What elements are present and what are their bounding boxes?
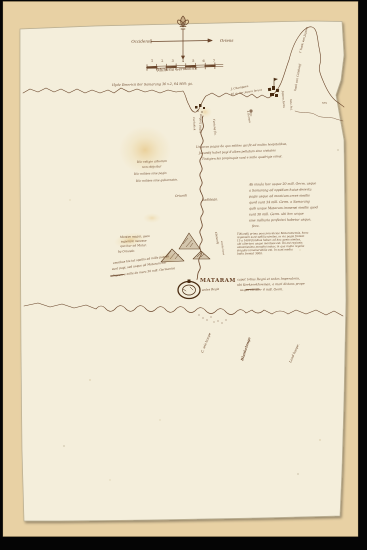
- compass-west-label: Occidens: [131, 39, 150, 44]
- right-paragraph-2-line: India frontat 3000.: [236, 251, 263, 255]
- photograph-of-manuscript-map: OccidensOriens1 2 3 4 5 6 7Milliaria Ger…: [0, 0, 367, 550]
- road-station-label: Ongarij pagus: [199, 114, 203, 134]
- speck: [338, 150, 339, 151]
- speck: [64, 446, 65, 447]
- speck: [70, 200, 71, 201]
- map-label: Oriundi: [175, 193, 187, 198]
- speck: [160, 420, 161, 421]
- mataram-paragraph-line: usque circiter 4 mill. Germ.: [240, 287, 283, 292]
- left-note-line: non obijcitur: [142, 164, 162, 169]
- right-paragraph-1-line: fera.: [251, 224, 260, 228]
- road-station-label: Sine Pol.: [289, 99, 293, 111]
- mountains-note-line: by Oriundo: [118, 249, 135, 254]
- soundings-label: 575: [322, 101, 327, 105]
- speck: [89, 379, 90, 380]
- speck: [319, 439, 320, 440]
- compass-east-label: Oriens: [220, 38, 234, 43]
- paper-sheet: [20, 21, 346, 521]
- road-station-label: Cacholick: [192, 117, 197, 131]
- stain: [143, 213, 161, 223]
- citadel-mark: [188, 280, 191, 284]
- map-canvas: OccidensOriens1 2 3 4 5 6 7Milliaria Ger…: [0, 0, 367, 550]
- speck: [298, 474, 299, 475]
- speck: [110, 480, 111, 481]
- mataram-label: MATARAM: [200, 278, 236, 284]
- speck: [300, 250, 301, 251]
